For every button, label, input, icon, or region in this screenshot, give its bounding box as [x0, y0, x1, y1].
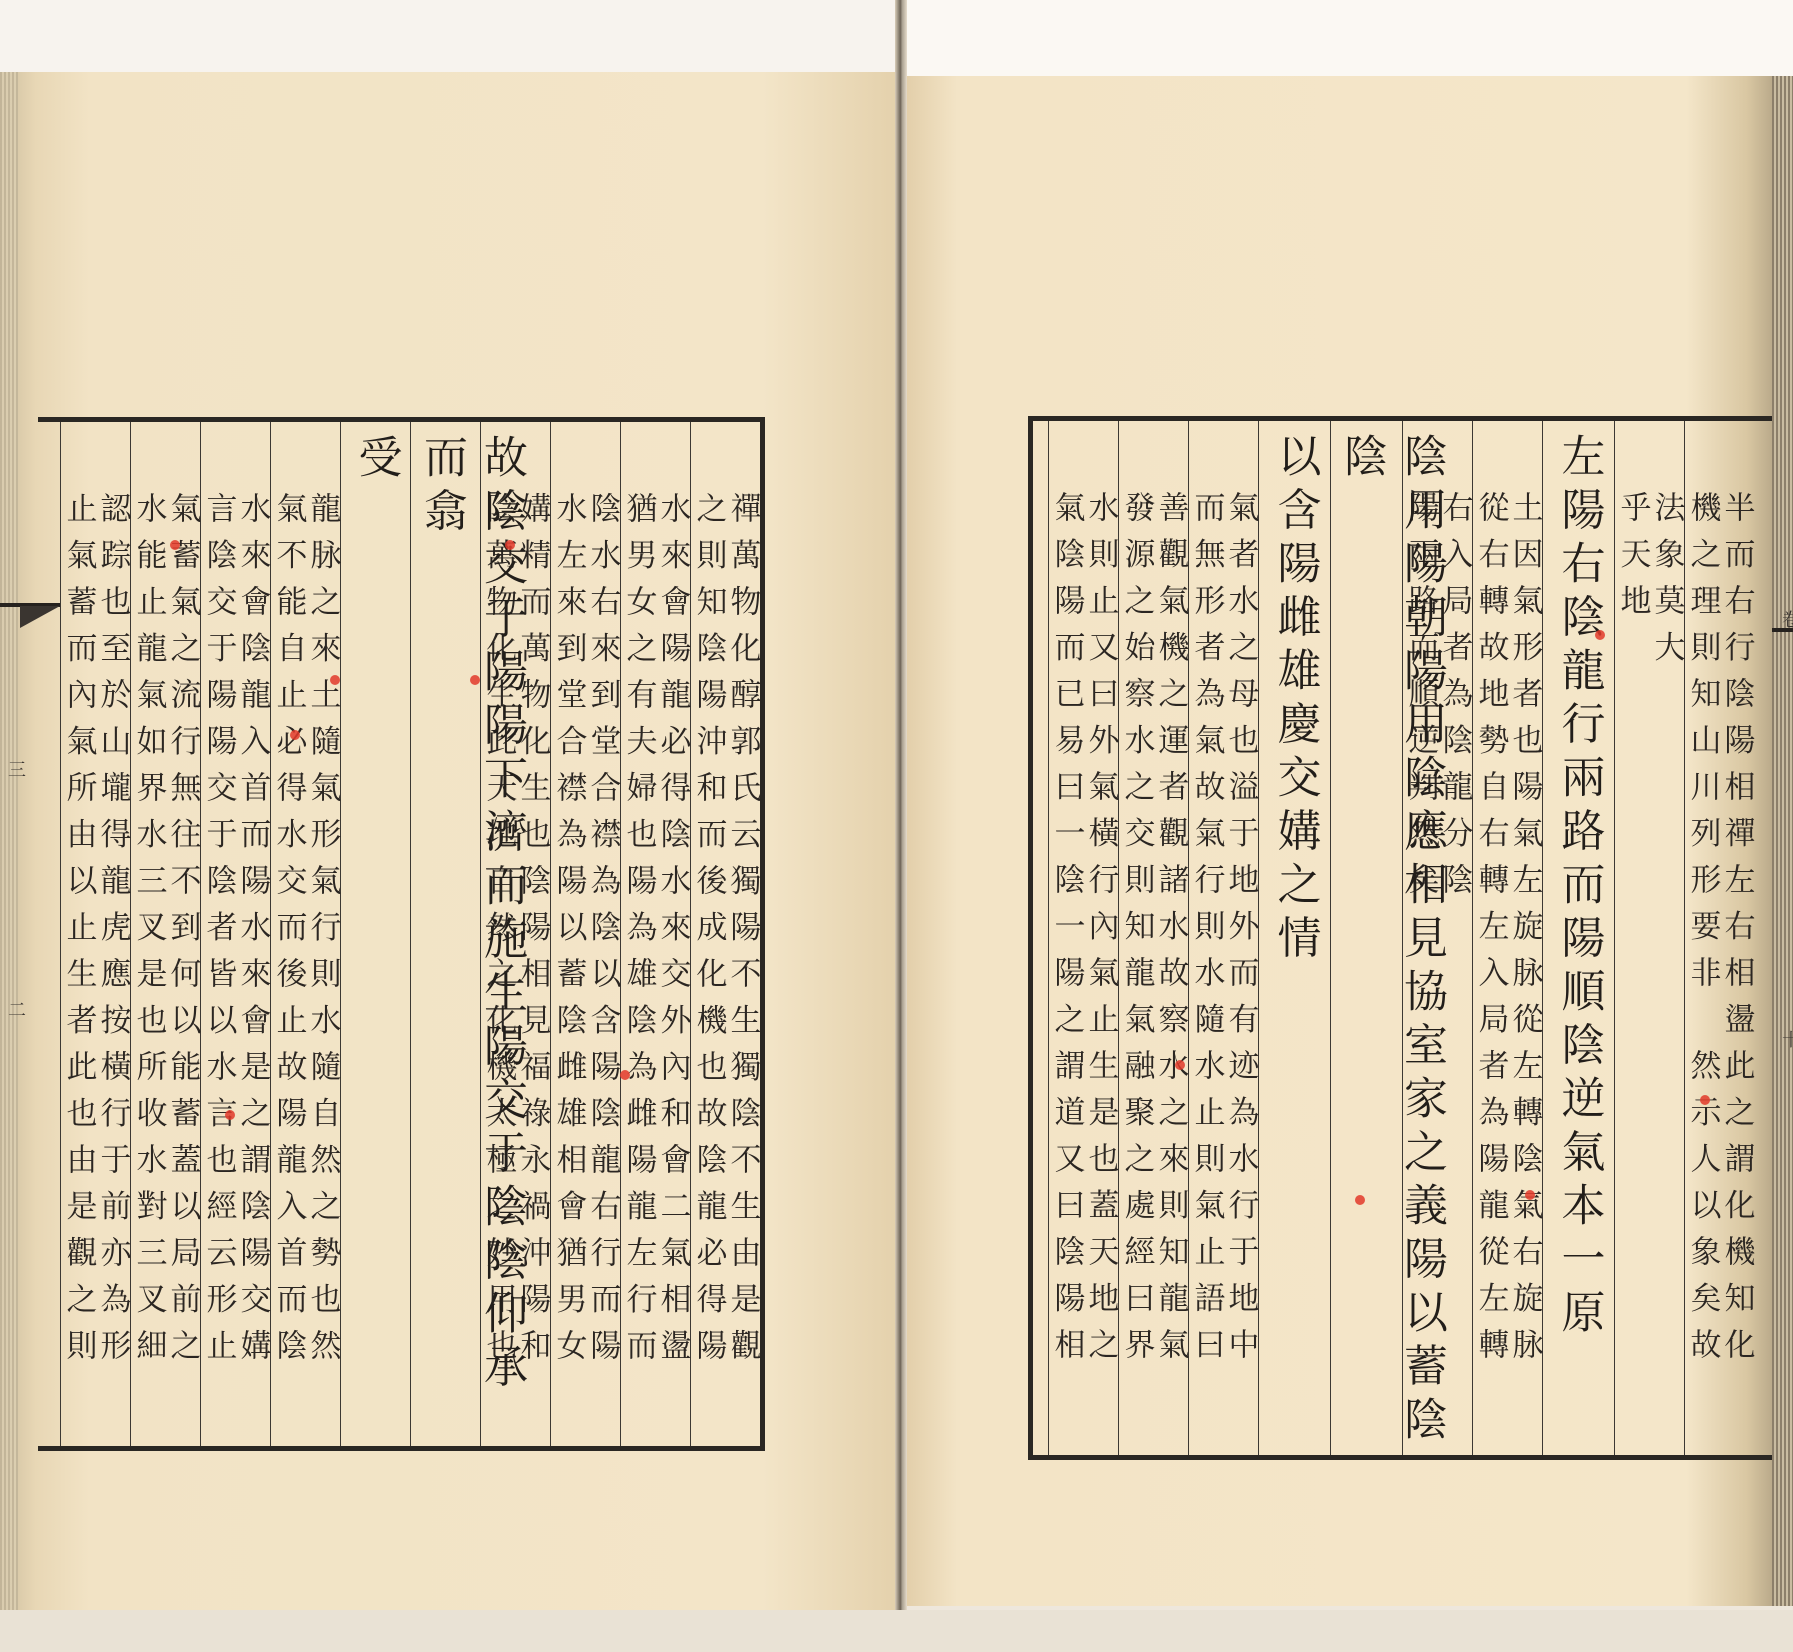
commentary-line: 善觀氣機之運者觀諸水故察水之來則知龍氣 [1154, 491, 1188, 1455]
left-col-8: 水來會陰龍入首而陽水來會是之謂陰陽交媾言陰交于陽陽交于陰者皆以水言也經云形止 [200, 422, 270, 1446]
commentary-line: 氣陰陽而已易曰一陰一陽之謂道又曰陰陽相 [1050, 491, 1084, 1455]
main-text-line: 故陰交于陽陽下濟而施生陽交于陰陰仰承而翕 [411, 422, 531, 1446]
commentary-line: 止氣蓄而內氣所由以止生者此也由是觀之則 [62, 492, 96, 1446]
commentary-line: 禪萬物化醇郭氏云獨陽不生獨陰不生由是觀 [726, 492, 760, 1446]
left-page-edges [0, 72, 18, 1612]
right-col-3-main: 左陽右陰龍行兩路而陽順陰逆氣本一原 [1542, 421, 1614, 1455]
right-col-1: 半而右行陰陽相禪左右相盪此之謂化機知化機之理則知山川列形要非𡍬然示人以象矣故 [1684, 421, 1754, 1455]
left-columns: 禪萬物化醇郭氏云獨陽不生獨陰不生由是觀之則知陰陽沖和而後成化機也故陰龍必得陽 水… [56, 422, 760, 1446]
red-punctuation-dot [470, 675, 480, 685]
right-col-10: 水則止又曰外氣橫行內氣止生是也蓋天地之氣陰陽而已易曰一陰一陽之謂道又曰陰陽相 [1048, 421, 1118, 1455]
right-page-edges [1772, 76, 1793, 1606]
main-text-line: 陰用陽朝陽用陰應相見協室家之義陽以蓄陰陰 [1331, 421, 1451, 1455]
left-col-10: 認踪也至於山壠得龍虎應按橫行于前亦為形止氣蓄而內氣所由以止生者此也由是觀之則 [60, 422, 130, 1446]
commentary-line: 半而右行陰陽相禪左右相盪此之謂化機知化 [1720, 491, 1754, 1455]
book-gutter [895, 0, 907, 1652]
right-col-8: 氣者水之母也溢于地外而有迹為水行于地中而無形者為氣故氣行則水隨水止則氣止語曰 [1188, 421, 1258, 1455]
main-text-line: 受 [346, 422, 406, 1446]
red-punctuation-dot [170, 540, 180, 550]
left-col-6-main: 受 [340, 422, 410, 1446]
background-top-left [0, 0, 900, 75]
commentary-line: 機之理則知山川列形要非𡍬然示人以象矣故 [1686, 491, 1720, 1455]
commentary-line: 法象莫大 [1650, 491, 1684, 1455]
right-col-7-main: 以含陽雌雄慶交媾之情 [1258, 421, 1330, 1455]
commentary-line: 氣者水之母也溢于地外而有迹為水行于地中 [1224, 491, 1258, 1455]
red-punctuation-dot [330, 675, 340, 685]
commentary-line: 水左來到堂合襟為陽以蓄陰雌雄相會猶男女 [552, 492, 586, 1446]
main-text-line: 左陽右陰龍行兩路而陽順陰逆氣本一原 [1549, 421, 1609, 1455]
left-col-3: 陰水右來到堂合襟為陰以含陽陰龍右行而陽水左來到堂合襟為陽以蓄陰雌雄相會猶男女 [550, 422, 620, 1446]
left-col-9: 氣蓄氣之流行無往不到何以能蓄蓋以局前之水能止龍氣如界水三叉是也所收水對三叉細 [130, 422, 200, 1446]
commentary-line: 水來會陰龍入首而陽水來會是之謂陰陽交媾 [236, 492, 270, 1446]
left-text-frame: 禪萬物化醇郭氏云獨陽不生獨陰不生由是觀之則知陰陽沖和而後成化機也故陰龍必得陽 水… [38, 417, 765, 1451]
commentary-line: 水則止又曰外氣橫行內氣止生是也蓋天地之 [1084, 491, 1118, 1455]
red-punctuation-dot [290, 730, 300, 740]
commentary-line: 水能止龍氣如界水三叉是也所收水對三叉細 [132, 492, 166, 1446]
commentary-line: 土因氣形者也陽氣左旋脉從左轉陰氣右旋脉 [1508, 491, 1542, 1455]
commentary-line: 氣蓄氣之流行無往不到何以能蓄蓋以局前之 [166, 492, 200, 1446]
right-col-6-main: 陰用陽朝陽用陰應相見協室家之義陽以蓄陰陰 [1330, 421, 1402, 1455]
commentary-line: 猶男女之有夫婦也陽為雄陰為雌陽龍左行而 [622, 492, 656, 1446]
commentary-line: 從右轉故地勢自右轉左入局者為陽龍從左轉 [1474, 491, 1508, 1455]
commentary-line: 發源之始察水之交則知龍氣融聚之處經曰界 [1120, 491, 1154, 1455]
right-columns: 半而右行陰陽相禪左右相盪此之謂化機知化機之理則知山川列形要非𡍬然示人以象矣故 法… [1033, 421, 1754, 1455]
commentary-line: 龍脉之來土隨氣形氣行則水隨自然之勢也然 [306, 492, 340, 1446]
background-top-right [905, 0, 1793, 78]
background-bottom [0, 1610, 1793, 1652]
left-margin-mark-2: 二 [2, 1000, 28, 1020]
main-text-line: 以含陽雌雄慶交媾之情 [1265, 421, 1325, 1455]
right-col-4: 土因氣形者也陽氣左旋脉從左轉陰氣右旋脉從右轉故地勢自右轉左入局者為陽龍從左轉 [1472, 421, 1542, 1455]
right-text-frame: 半而右行陰陽相禪左右相盪此之謂化機知化機之理則知山川列形要非𡍬然示人以象矣故 法… [1028, 416, 1772, 1460]
red-punctuation-dot [1525, 1190, 1535, 1200]
red-punctuation-dot [1175, 1060, 1185, 1070]
commentary-line: 氣不能自止必得水交而後止故陽龍入首而陰 [272, 492, 306, 1446]
commentary-line: 認踪也至於山壠得龍虎應按橫行于前亦為形 [96, 492, 130, 1446]
right-col-9: 善觀氣機之運者觀諸水故察水之來則知龍氣發源之始察水之交則知龍氣融聚之處經曰界 [1118, 421, 1188, 1455]
red-punctuation-dot [1355, 1195, 1365, 1205]
red-punctuation-dot [620, 1070, 630, 1080]
red-punctuation-dot [225, 1110, 235, 1120]
commentary-line: 而無形者為氣故氣行則水隨水止則氣止語曰 [1190, 491, 1224, 1455]
right-margin-mark-1: 卷 [1776, 610, 1793, 630]
red-punctuation-dot [1700, 1095, 1710, 1105]
red-punctuation-dot [1595, 630, 1605, 640]
commentary-line: 言陰交于陽陽交于陰者皆以水言也經云形止 [202, 492, 236, 1446]
left-col-7: 龍脉之來土隨氣形氣行則水隨自然之勢也然氣不能自止必得水交而後止故陽龍入首而陰 [270, 422, 340, 1446]
red-punctuation-dot [505, 540, 515, 550]
commentary-line: 之則知陰陽沖和而後成化機也故陰龍必得陽 [692, 492, 726, 1446]
commentary-line: 水來會陽龍必得陰水來交外內和會二氣相盪 [656, 492, 690, 1446]
left-col-2: 水來會陽龍必得陰水來交外內和會二氣相盪猶男女之有夫婦也陽為雄陰為雌陽龍左行而 [620, 422, 690, 1446]
right-col-2: 法象莫大乎天地 [1614, 421, 1684, 1455]
commentary-line: 乎天地 [1616, 491, 1650, 1455]
right-margin-mark-2: 十 [1776, 1030, 1793, 1050]
left-margin-mark-1: 三 [2, 760, 28, 780]
left-col-5-main: 故陰交于陽陽下濟而施生陽交于陰陰仰承而翕 [410, 422, 480, 1446]
left-col-1: 禪萬物化醇郭氏云獨陽不生獨陰不生由是觀之則知陰陽沖和而後成化機也故陰龍必得陽 [690, 422, 760, 1446]
commentary-line: 陰水右來到堂合襟為陰以含陽陰龍右行而陽 [586, 492, 620, 1446]
